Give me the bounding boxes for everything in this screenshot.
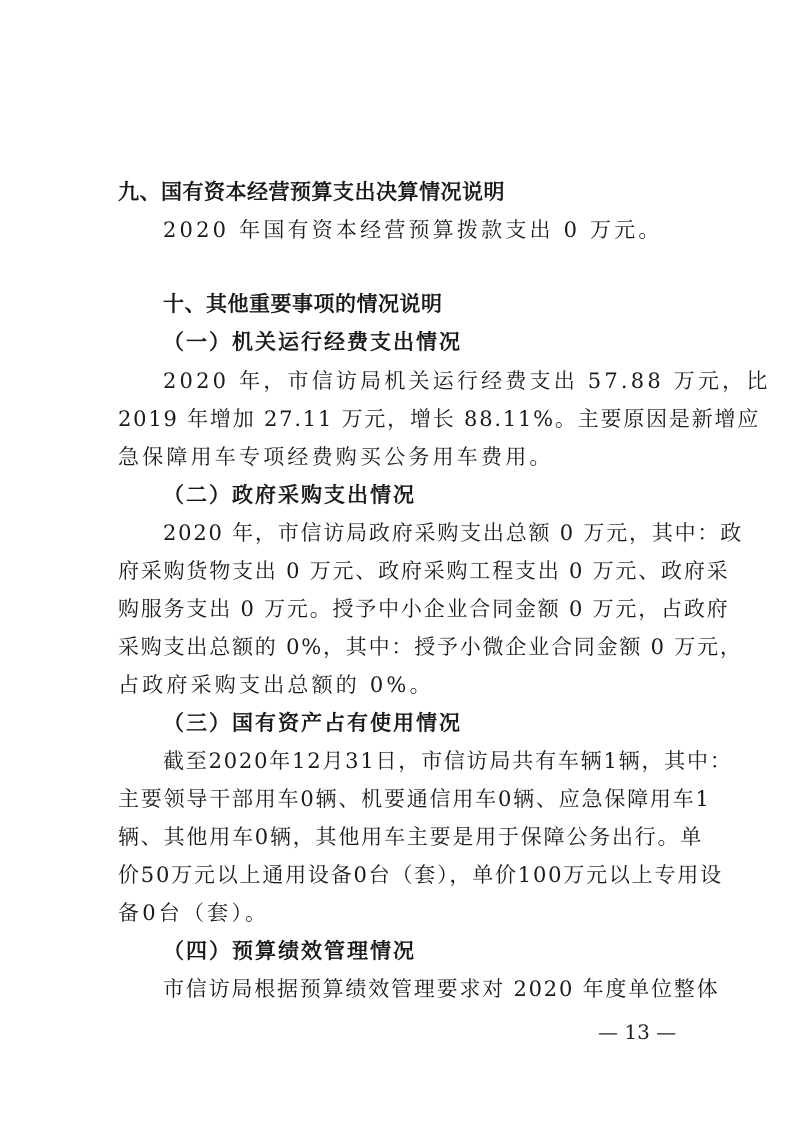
section-9-heading: 九、国有资本经营预算支出决算情况说明 [118,178,684,206]
paragraph-line: 占政府采购支出总额的 0%。 [118,671,684,699]
section-9-paragraph-line: 2020 年国有资本经营预算拨款支出 0 万元。 [163,216,729,244]
subsection-1-heading: （一）机关运行经费支出情况 [163,328,729,356]
paragraph-line: 购服务支出 0 万元。授予中小企业合同金额 0 万元，占政府 [118,595,684,623]
paragraph-line: 主要领导干部用车0辆、机要通信用车0辆、应急保障用车1 [118,785,684,813]
section-10-heading: 十、其他重要事项的情况说明 [163,290,729,318]
paragraph-line: 2020 年，市信访局机关运行经费支出 57.88 万元，比 [163,367,729,395]
paragraph-line: 截至2020年12月31日，市信访局共有车辆1辆，其中： [163,747,729,775]
page-number: — 13 — [598,1020,676,1044]
subsection-3-heading: （三）国有资产占有使用情况 [163,709,729,737]
paragraph-line: 备0台（套）。 [118,899,684,927]
paragraph-line: 府采购货物支出 0 万元、政府采购工程支出 0 万元、政府采 [118,557,684,585]
document-page: 九、国有资本经营预算支出决算情况说明 2020 年国有资本经营预算拨款支出 0 … [0,0,793,1122]
paragraph-line: 市信访局根据预算绩效管理要求对 2020 年度单位整体 [163,975,729,1003]
paragraph-line: 2020 年，市信访局政府采购支出总额 0 万元，其中：政 [163,519,729,547]
paragraph-line: 采购支出总额的 0%，其中：授予小微企业合同金额 0 万元， [118,633,684,661]
paragraph-line: 2019 年增加 27.11 万元，增长 88.11%。主要原因是新增应 [118,405,684,433]
subsection-2-heading: （二）政府采购支出情况 [163,481,729,509]
subsection-4-heading: （四）预算绩效管理情况 [163,937,729,965]
paragraph-line: 辆、其他用车0辆，其他用车主要是用于保障公务出行。单 [118,823,684,851]
paragraph-line: 价50万元以上通用设备0台（套），单价100万元以上专用设 [118,861,684,889]
paragraph-line: 急保障用车专项经费购买公务用车费用。 [118,443,684,471]
